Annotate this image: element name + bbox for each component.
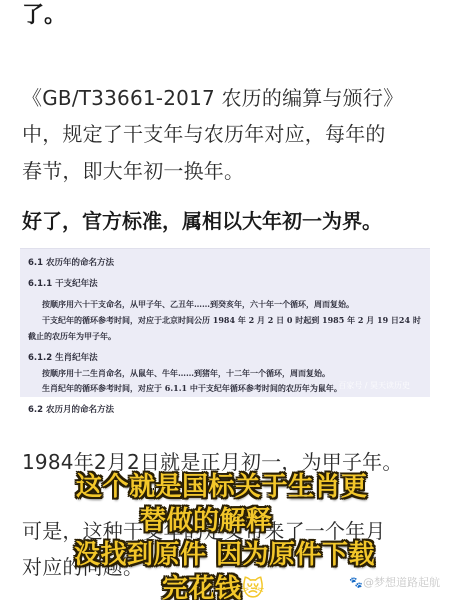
doc-paragraph: 干支纪年的循环参考时间，对应于北京时间公历 1984 年 2 月 2 日 0 时… <box>42 315 421 326</box>
bold-statement: 好了，官方标准，属相以大年初一为界。 <box>22 205 382 234</box>
subtitle-line-2: 替做的解释 <box>140 500 273 537</box>
subtitle-line-3: 没找到原件 因为原件下载 <box>74 534 375 571</box>
doc-paragraph: 生肖纪年的循环参考时间，对应于 6.1.1 中干支纪年循环参考时间的农历年为鼠年… <box>42 383 342 394</box>
doc-heading-6-1: 6.1 农历年的命名方法 <box>28 256 114 268</box>
doc-watermark: 百家号 / 昊天读历史 <box>338 380 410 391</box>
author-watermark: 🐾@梦想道路起航 <box>349 574 440 590</box>
doc-paragraph: 按顺序用六十干支命名，从甲子年、乙丑年……到癸亥年，六十年一个循环，周而复始。 <box>42 299 354 310</box>
doc-heading-6-2: 6.2 农历月的命名方法 <box>28 403 114 415</box>
paragraph-line: 中，规定了干支年与农历年对应，每年的 <box>22 118 386 147</box>
paragraph-line: 春节，即大年初一换年。 <box>22 155 244 184</box>
subtitle-line-4: 完花钱😿 <box>162 568 265 600</box>
text-fragment: 了。 <box>22 0 66 29</box>
doc-heading-6-1-1: 6.1.1 干支纪年法 <box>28 277 98 289</box>
standard-document-image: 6.1 农历年的命名方法 6.1.1 干支纪年法 按顺序用六十干支命名，从甲子年… <box>20 248 430 397</box>
subtitle-line-1: 这个就是国标关于生肖更 <box>76 466 368 503</box>
doc-paragraph: 截止的农历年为甲子年。 <box>28 331 116 342</box>
subtitle-text: 完花钱 <box>162 574 242 600</box>
paragraph-line: 《GB/T33661-2017 农历的编算与颁行》 <box>22 82 403 111</box>
crying-cat-icon: 😿 <box>242 577 265 600</box>
doc-paragraph: 按顺序用十二生肖命名，从鼠年、牛年……到猪年，十二年一个循环，周而复始。 <box>42 368 330 379</box>
doc-heading-6-1-2: 6.1.2 生肖纪年法 <box>28 351 98 363</box>
